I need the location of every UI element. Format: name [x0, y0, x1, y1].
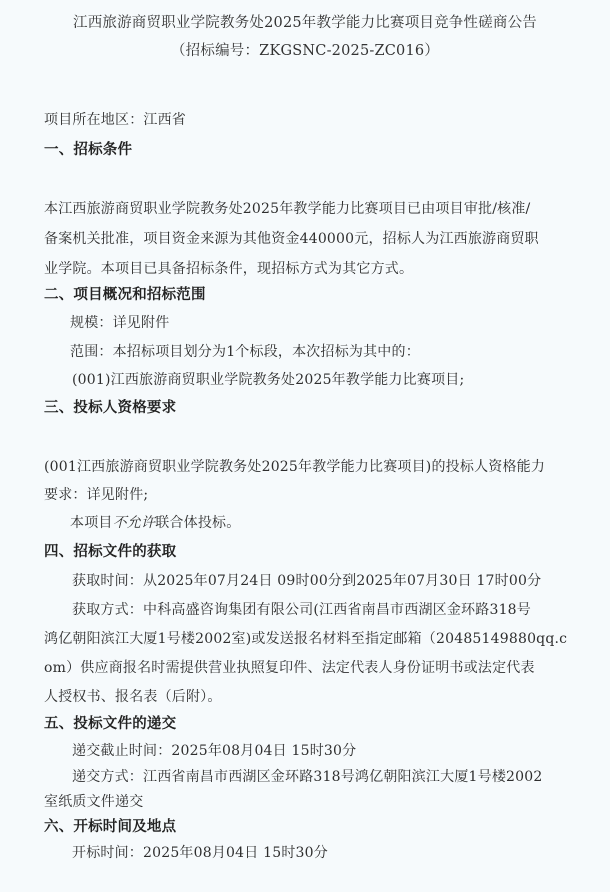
- section-heading-2: 二、项目概况和招标范围: [44, 286, 206, 304]
- section-heading-6: 六、开标时间及地点: [44, 818, 176, 836]
- section-4-line-3: 鸿亿朝阳滨江大厦1号楼2002室)或发送报名材料至指定邮箱（2048514988…: [44, 630, 567, 648]
- section-5-deadline: 递交截止时间：2025年08月04日 15时30分: [72, 742, 356, 760]
- section-heading-3: 三、投标人资格要求: [44, 399, 176, 417]
- section-1-line-1: 本江西旅游商贸职业学院教务处2025年教学能力比赛项目已由项目审批/核准/: [44, 200, 530, 218]
- project-region: 项目所在地区：江西省: [44, 111, 186, 129]
- section-5-method: 递交方式：江西省南昌市西湖区金环路318号鸿亿朝阳滨江大厦1号楼2002: [72, 768, 542, 786]
- section-4-line-4: om）供应商报名时需提供营业执照复印件、法定代表人身份证明书或法定代表: [44, 659, 535, 677]
- section-heading-1: 一、招标条件: [44, 141, 132, 159]
- section-2-scale: 规模：详见附件: [70, 314, 169, 332]
- consortium-not-allowed: 不允许: [113, 515, 156, 531]
- section-4-time: 获取时间：从2025年07月24日 09时00分到2025年07月30日 17时…: [72, 572, 541, 590]
- section-4-line-5: 人授权书、报名表（后附）。: [44, 688, 222, 706]
- section-1-line-2: 备案机关批准，项目资金来源为其他资金440000元，招标人为江西旅游商贸职: [44, 230, 539, 248]
- section-4-method: 获取方式：中科高盛咨询集团有限公司(江西省南昌市西湖区金环路318号: [72, 601, 531, 619]
- section-6-opening-time: 开标时间：2025年08月04日 15时30分: [72, 844, 328, 862]
- consortium-statement: 本项目不允许联合体投标。: [70, 514, 240, 532]
- section-2-lot: (001)江西旅游商贸职业学院教务处2025年教学能力比赛项目;: [72, 371, 464, 389]
- section-1-line-3: 业学院。本项目已具备招标条件，现招标方式为其它方式。: [44, 260, 413, 278]
- section-heading-4: 四、招标文件的获取: [44, 543, 176, 561]
- section-5-line-3: 室纸质文件递交: [44, 793, 143, 811]
- section-3-line-2: 要求：详见附件;: [44, 486, 148, 504]
- consortium-suffix: 联合体投标。: [155, 515, 240, 531]
- section-2-scope: 范围：本招标项目划分为1个标段，本次招标为其中的：: [70, 343, 420, 361]
- document-title: 江西旅游商贸职业学院教务处2025年教学能力比赛项目竞争性磋商公告: [0, 14, 610, 32]
- tender-number: （招标编号：ZKGSNC-2025-ZC016）: [0, 42, 610, 60]
- section-heading-5: 五、投标文件的递交: [44, 715, 176, 733]
- section-3-line-1: (001江西旅游商贸职业学院教务处2025年教学能力比赛项目)的投标人资格能力: [44, 458, 545, 476]
- document-page: 江西旅游商贸职业学院教务处2025年教学能力比赛项目竞争性磋商公告 （招标编号：…: [0, 0, 610, 892]
- consortium-prefix: 本项目: [70, 515, 113, 531]
